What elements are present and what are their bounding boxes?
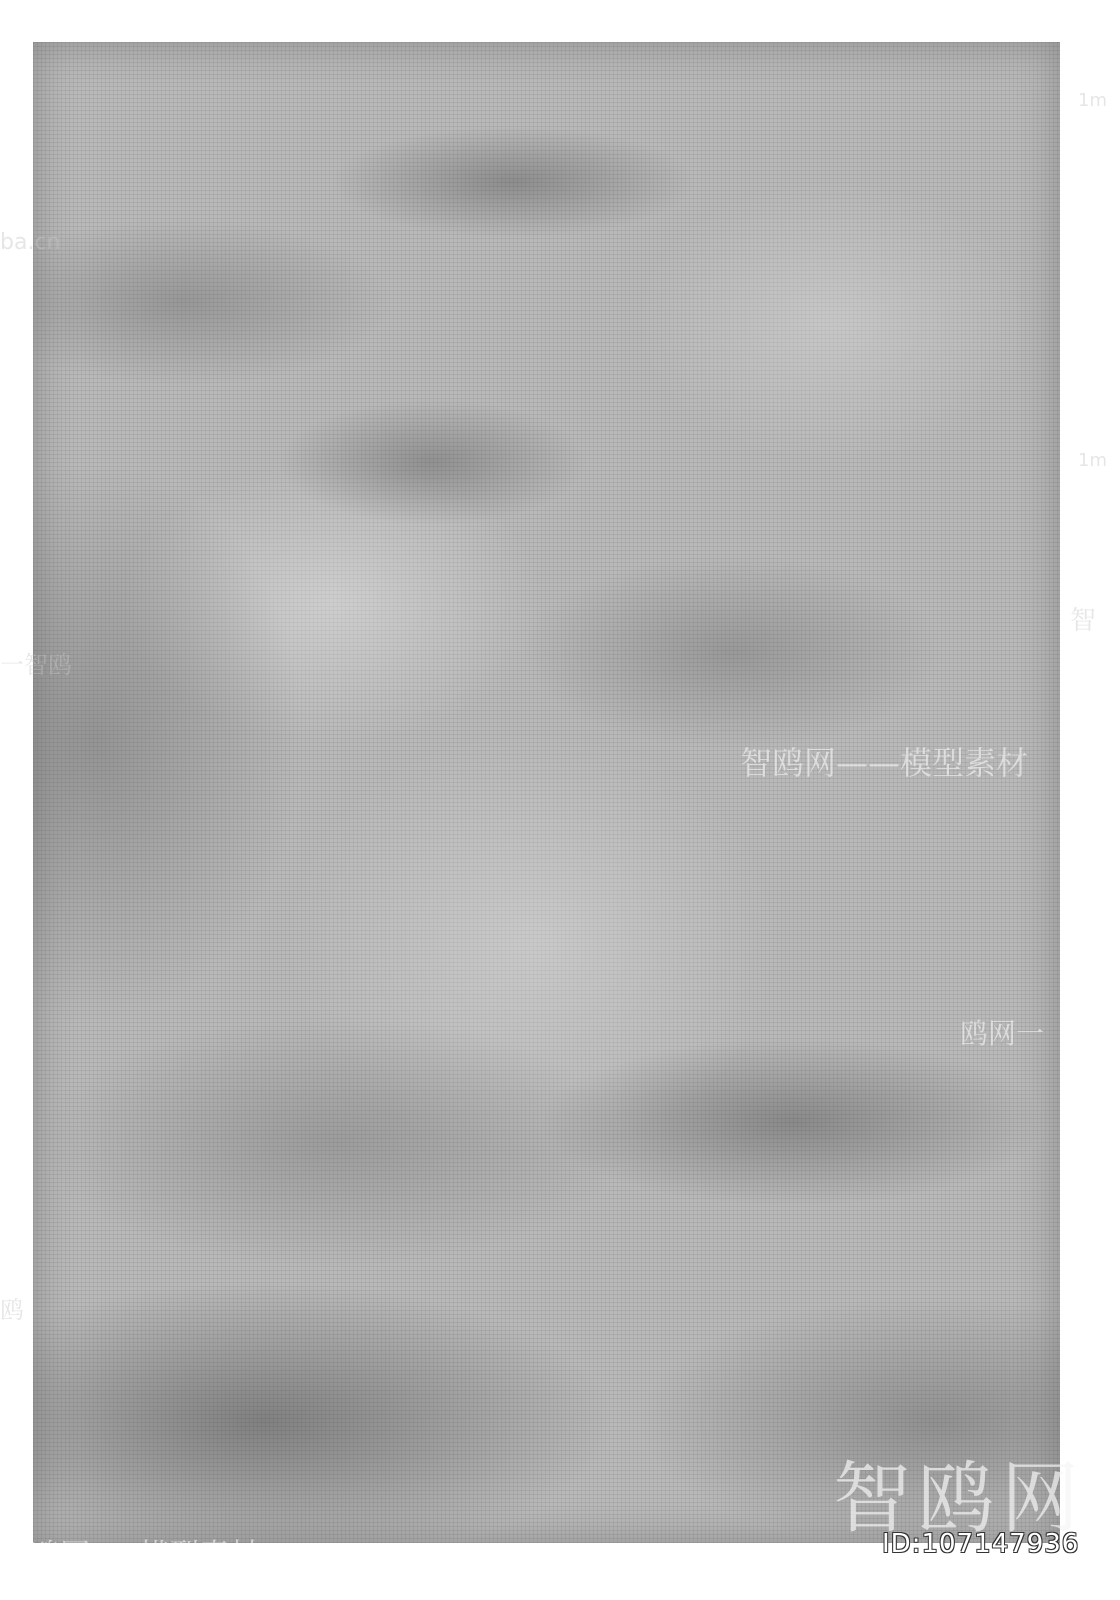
grey-rug (33, 42, 1060, 1543)
watermark-right-3: 智 (1070, 600, 1096, 637)
watermark-right-1: 1m (1078, 90, 1107, 111)
watermark-left-low: 鸥 (0, 1290, 24, 1325)
watermark-right-2: 1m (1078, 450, 1107, 471)
